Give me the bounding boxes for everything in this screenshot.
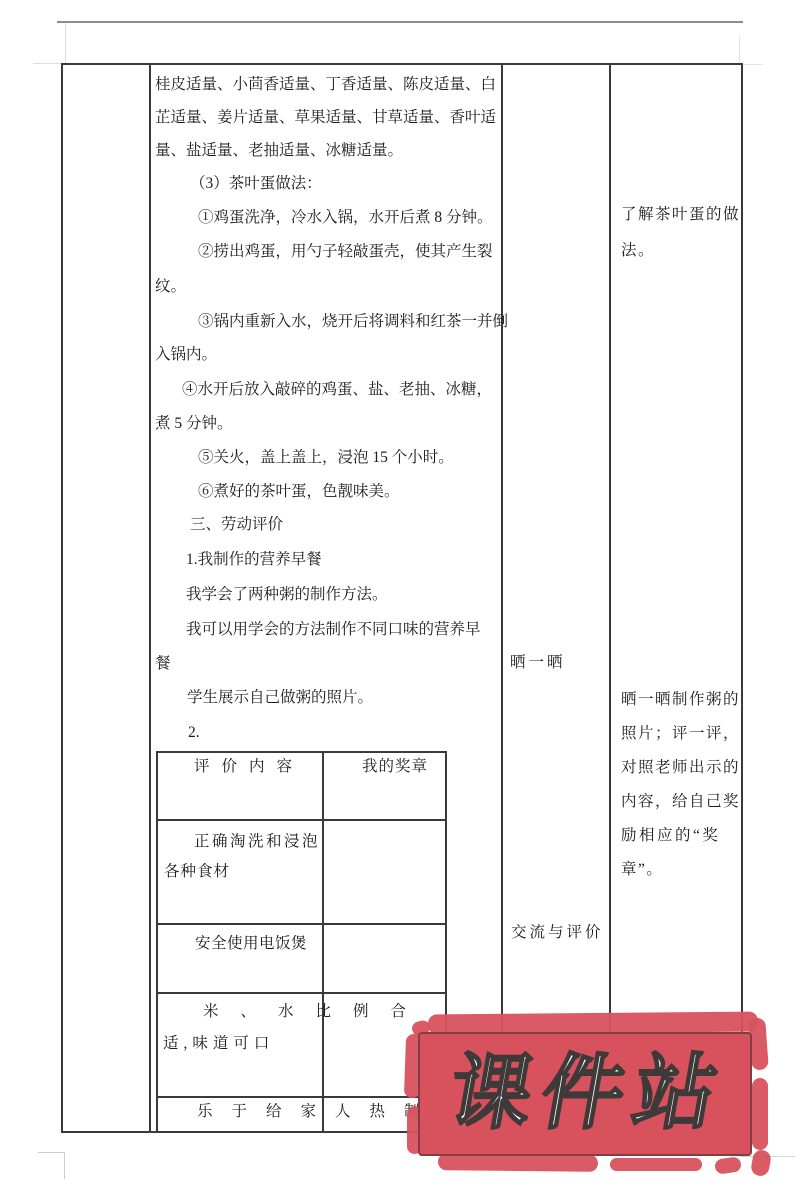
middle-column-item: 晒一晒 <box>510 651 566 675</box>
award-table-header-cell: 我的奖章 <box>362 755 428 779</box>
right-note-line: 照片；评一评， <box>621 722 740 746</box>
margin-mark-top-left-h <box>33 63 61 64</box>
right-note-line: 了解茶叶蛋的做 <box>621 203 740 227</box>
doc-text-line: 餐 <box>155 652 171 676</box>
right-note-line: 章”。 <box>621 858 663 882</box>
page-top-rule <box>57 21 743 23</box>
stamp-border-top <box>428 1012 758 1035</box>
doc-text-line: 煮 5 分钟。 <box>155 412 233 436</box>
stamp-border-bottom-mid <box>610 1158 702 1171</box>
doc-text-line: ③锅内重新入水，烧开后将调料和红茶一并倒 <box>198 310 508 334</box>
margin-mark-bottom-left-h <box>38 1152 65 1153</box>
right-note-line: 对照老师出示的 <box>621 756 740 780</box>
stamp-inner-rect: 课件站 <box>418 1032 752 1156</box>
doc-text-line: ⑤关火，盖上盖上，浸泡 15 个小时。 <box>198 446 454 470</box>
kejianzhan-stamp-watermark: 课件站 <box>400 1008 772 1188</box>
outer-table-right-border <box>741 63 743 1133</box>
outer-table-col1-divider <box>149 63 151 1133</box>
doc-text-line: ④水开后放入敲碎的鸡蛋、盐、老抽、冰糖， <box>182 378 492 402</box>
doc-text-line: ①鸡蛋洗净，冷水入锅，水开后煮 8 分钟。 <box>198 206 493 230</box>
margin-mark-top-right <box>739 36 740 64</box>
award-table-cell-line: 各种食材 <box>164 860 230 884</box>
award-table-cell-line: 安全使用电饭煲 <box>195 932 307 956</box>
right-note-line: 晒一晒制作粥的 <box>621 688 740 712</box>
middle-column-item: 交流与评价 <box>511 921 604 945</box>
doc-text-line: 量、盐适量、老抽适量、冰糖适量。 <box>155 139 403 163</box>
doc-text-line: 2. <box>188 721 200 745</box>
stamp-border-bottom-dot <box>714 1156 742 1174</box>
doc-text-line: 纹。 <box>155 275 186 299</box>
doc-text-line: 我可以用学会的方法制作不同口味的营养早 <box>186 618 481 642</box>
margin-mark-top-left <box>65 23 66 63</box>
doc-text-line: ②捞出鸡蛋，用勺子轻敲蛋壳，使其产生裂 <box>198 240 493 264</box>
margin-mark-top-right-h <box>743 64 763 65</box>
doc-text-line: ⑥煮好的茶叶蛋，色靓味美。 <box>198 480 400 504</box>
award-table-cell-line: 米、水比例合 <box>203 1000 428 1024</box>
award-table-top-border <box>156 751 447 753</box>
right-note-line: 内容，给自己奖 <box>621 790 740 814</box>
doc-text-line: 入锅内。 <box>155 343 217 367</box>
right-note-line: 法。 <box>621 239 655 263</box>
document-page: 桂皮适量、小茴香适量、丁香适量、陈皮适量、白 芷适量、姜片适量、草果适量、甘草适… <box>0 0 800 1200</box>
award-table-header-cell: 评价内容 <box>194 755 304 779</box>
award-table-col-divider <box>322 751 324 1133</box>
doc-text-line: 三、劳动评价 <box>190 513 283 537</box>
award-table-row2-divider <box>156 992 447 994</box>
award-table-left-border <box>156 751 158 1133</box>
right-note-line: 励相应的“奖 <box>621 824 720 848</box>
doc-text-line: （3）茶叶蛋做法： <box>190 172 322 196</box>
doc-text-line: 学生展示自己做粥的照片。 <box>187 686 373 710</box>
doc-text-line: 我学会了两种粥的制作方法。 <box>186 583 388 607</box>
doc-text-line: 芷适量、姜片适量、草果适量、甘草适量、香叶适 <box>155 106 496 130</box>
stamp-border-bottom-right-tick <box>750 1149 772 1178</box>
stamp-text: 课件站 <box>437 1053 733 1135</box>
margin-mark-bottom-left-v <box>64 1152 65 1179</box>
outer-table-top-border <box>61 63 743 65</box>
award-table-cell-line: 适,味道可口 <box>163 1032 274 1056</box>
outer-table-col3-divider <box>609 63 611 1133</box>
outer-table-col2-divider <box>501 63 503 1133</box>
outer-table-left-border <box>61 63 63 1133</box>
award-table-row1-divider <box>156 923 447 925</box>
stamp-border-right-lower <box>752 1078 768 1150</box>
doc-text-line: 1.我制作的营养早餐 <box>186 548 322 572</box>
doc-text-line: 桂皮适量、小茴香适量、丁香适量、陈皮适量、白 <box>155 73 496 97</box>
award-table-header-divider <box>156 819 447 821</box>
award-table-cell-line: 正确淘洗和浸泡 <box>194 830 320 854</box>
